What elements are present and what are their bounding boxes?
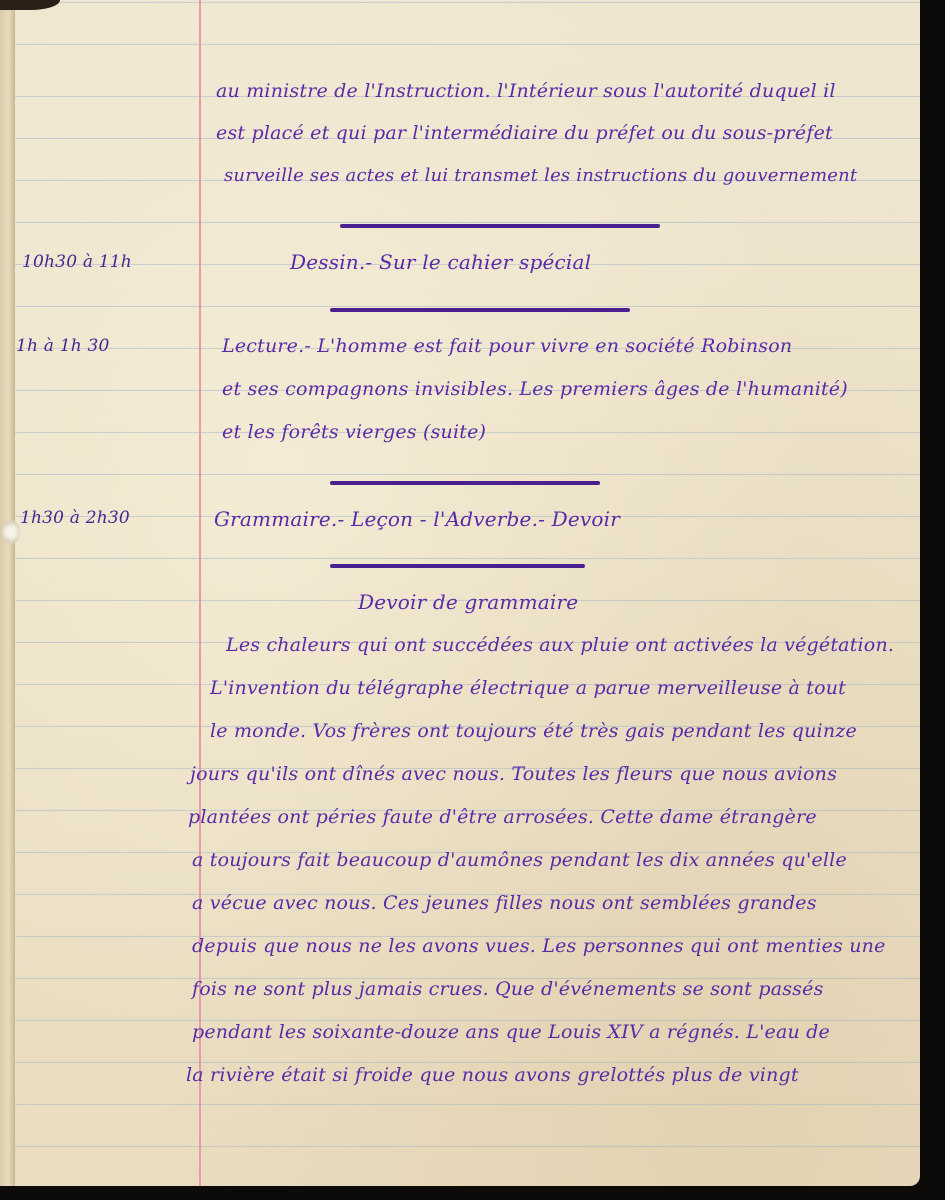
margin-line (199, 0, 201, 1186)
text-line: et les forêts vierges (suite) (222, 421, 486, 443)
notebook-spine (0, 0, 15, 1186)
exercise-line: a toujours fait beaucoup d'aumônes penda… (192, 849, 847, 871)
exercise-line: jours qu'ils ont dînés avec nous. Toutes… (190, 763, 837, 785)
text-line: est placé et qui par l'intermédiaire du … (216, 122, 833, 144)
text-line: au ministre de l'Instruction. l'Intérieu… (216, 80, 836, 102)
text-line: et ses compagnons invisibles. Les premie… (222, 378, 848, 400)
section-divider (330, 308, 630, 312)
section-divider (330, 564, 585, 568)
subject-heading: Grammaire.- Leçon - l'Adverbe.- Devoir (214, 507, 620, 531)
time-label: 10h30 à 11h (22, 252, 132, 272)
exercise-line: fois ne sont plus jamais crues. Que d'év… (192, 978, 824, 1000)
text-line: surveille ses actes et lui transmet les … (224, 165, 857, 186)
exercise-line: L'invention du télégraphe électrique a p… (210, 677, 846, 699)
exercise-line: plantées ont péries faute d'être arrosée… (188, 806, 817, 828)
subject-heading: Dessin.- Sur le cahier spécial (290, 250, 591, 274)
scan-background (920, 0, 945, 1200)
binding-stitch (2, 520, 20, 544)
exercise-line: le monde. Vos frères ont toujours été tr… (210, 720, 857, 742)
exercise-line: Les chaleurs qui ont succédées aux pluie… (226, 634, 894, 656)
exercise-line: a vécue avec nous. Ces jeunes filles nou… (192, 892, 817, 914)
time-label: 1h à 1h 30 (16, 336, 110, 356)
exercise-line: la rivière était si froide que nous avon… (186, 1064, 799, 1086)
exercise-line: pendant les soixante-douze ans que Louis… (192, 1021, 830, 1043)
exercise-title: Devoir de grammaire (358, 590, 578, 614)
notebook-page: au ministre de l'Instruction. l'Intérieu… (0, 0, 920, 1186)
time-label: 1h30 à 2h30 (20, 508, 130, 528)
exercise-line: depuis que nous ne les avons vues. Les p… (192, 935, 886, 957)
subject-heading: Lecture.- L'homme est fait pour vivre en… (222, 335, 792, 357)
section-divider (330, 481, 600, 485)
section-divider (340, 224, 660, 228)
